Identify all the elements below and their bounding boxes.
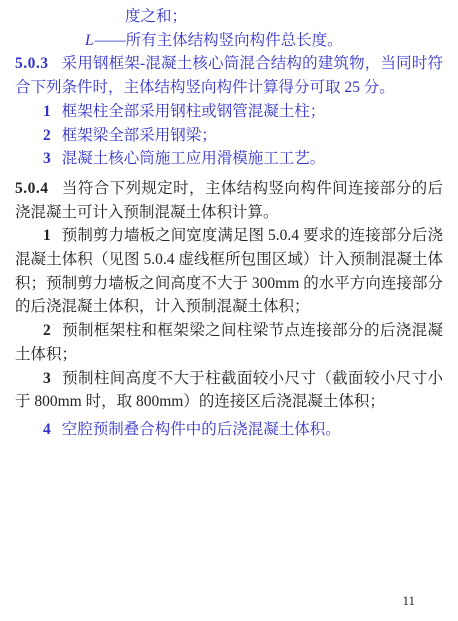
item-text: 空腔预制叠合构件中的后浇混凝土体积。 [62, 421, 341, 438]
clause-5-0-4-item-1: 1预制剪力墙板之间宽度满足图 5.0.4 要求的连接部分后浇混凝土体积（见图 5… [15, 224, 443, 319]
symbol-definition-line: L——所有主体结构竖向构件总长度。 [15, 29, 443, 53]
clause-5-0-4-paragraph: 5.0.4当符合下列规定时，主体结构竖向构件间连接部分的后浇混凝土可计入预制混凝… [15, 177, 443, 224]
clause-5-0-3-item-1: 1框架柱全部采用钢柱或钢管混凝土柱； [15, 100, 443, 124]
clause-5-0-3-text: 采用钢框架-混凝土核心筒混合结构的建筑物，当同时符合下列条件时，主体结构竖向构件… [15, 55, 443, 96]
item-text: 混凝土核心筒施工应用滑模施工工艺。 [62, 150, 326, 167]
item-text: 框架梁全部采用钢梁； [62, 127, 217, 144]
clause-5-0-3-item-3: 3混凝土核心筒施工应用滑模施工工艺。 [15, 147, 443, 171]
clause-5-0-3-number: 5.0.3 [15, 55, 49, 72]
clause-5-0-4-text: 当符合下列规定时，主体结构竖向构件间连接部分的后浇混凝土可计入预制混凝土体积计算… [15, 180, 443, 221]
item-text: 预制柱间高度不大于柱截面较小尺寸（截面较小尺寸小于 800mm 时，取 800m… [15, 370, 443, 411]
clause-5-0-4-number: 5.0.4 [15, 180, 49, 197]
item-number: 3 [43, 370, 51, 387]
item-number: 1 [43, 103, 51, 120]
clause-5-0-3-paragraph: 5.0.3采用钢框架-混凝土核心筒混合结构的建筑物，当同时符合下列条件时，主体结… [15, 52, 443, 99]
item-number: 4 [43, 421, 51, 438]
page-number: 11 [402, 593, 415, 609]
symbol-definition-text: ——所有主体结构竖向构件总长度。 [95, 32, 343, 49]
document-page: 度之和； L——所有主体结构竖向构件总长度。 5.0.3采用钢框架-混凝土核心筒… [0, 0, 458, 621]
item-number: 2 [43, 322, 51, 339]
item-text: 预制框架柱和框架梁之间柱梁节点连接部分的后浇混凝土体积； [15, 322, 443, 363]
definition-continuation-line: 度之和； [15, 5, 443, 29]
item-text: 框架柱全部采用钢柱或钢管混凝土柱； [62, 103, 326, 120]
item-number: 1 [43, 227, 51, 244]
clause-5-0-4-item-3: 3预制柱间高度不大于柱截面较小尺寸（截面较小尺寸小于 800mm 时，取 800… [15, 367, 443, 414]
clause-5-0-4-item-2: 2预制框架柱和框架梁之间柱梁节点连接部分的后浇混凝土体积； [15, 319, 443, 366]
item-number: 3 [43, 150, 51, 167]
page-content: 度之和； L——所有主体结构竖向构件总长度。 5.0.3采用钢框架-混凝土核心筒… [0, 0, 458, 442]
clause-5-0-3-item-2: 2框架梁全部采用钢梁； [15, 124, 443, 148]
symbol-l: L [85, 32, 94, 49]
item-text: 预制剪力墙板之间宽度满足图 5.0.4 要求的连接部分后浇混凝土体积（见图 5.… [15, 227, 443, 315]
item-number: 2 [43, 127, 51, 144]
clause-5-0-4-item-4: 4空腔预制叠合构件中的后浇混凝土体积。 [15, 418, 443, 442]
